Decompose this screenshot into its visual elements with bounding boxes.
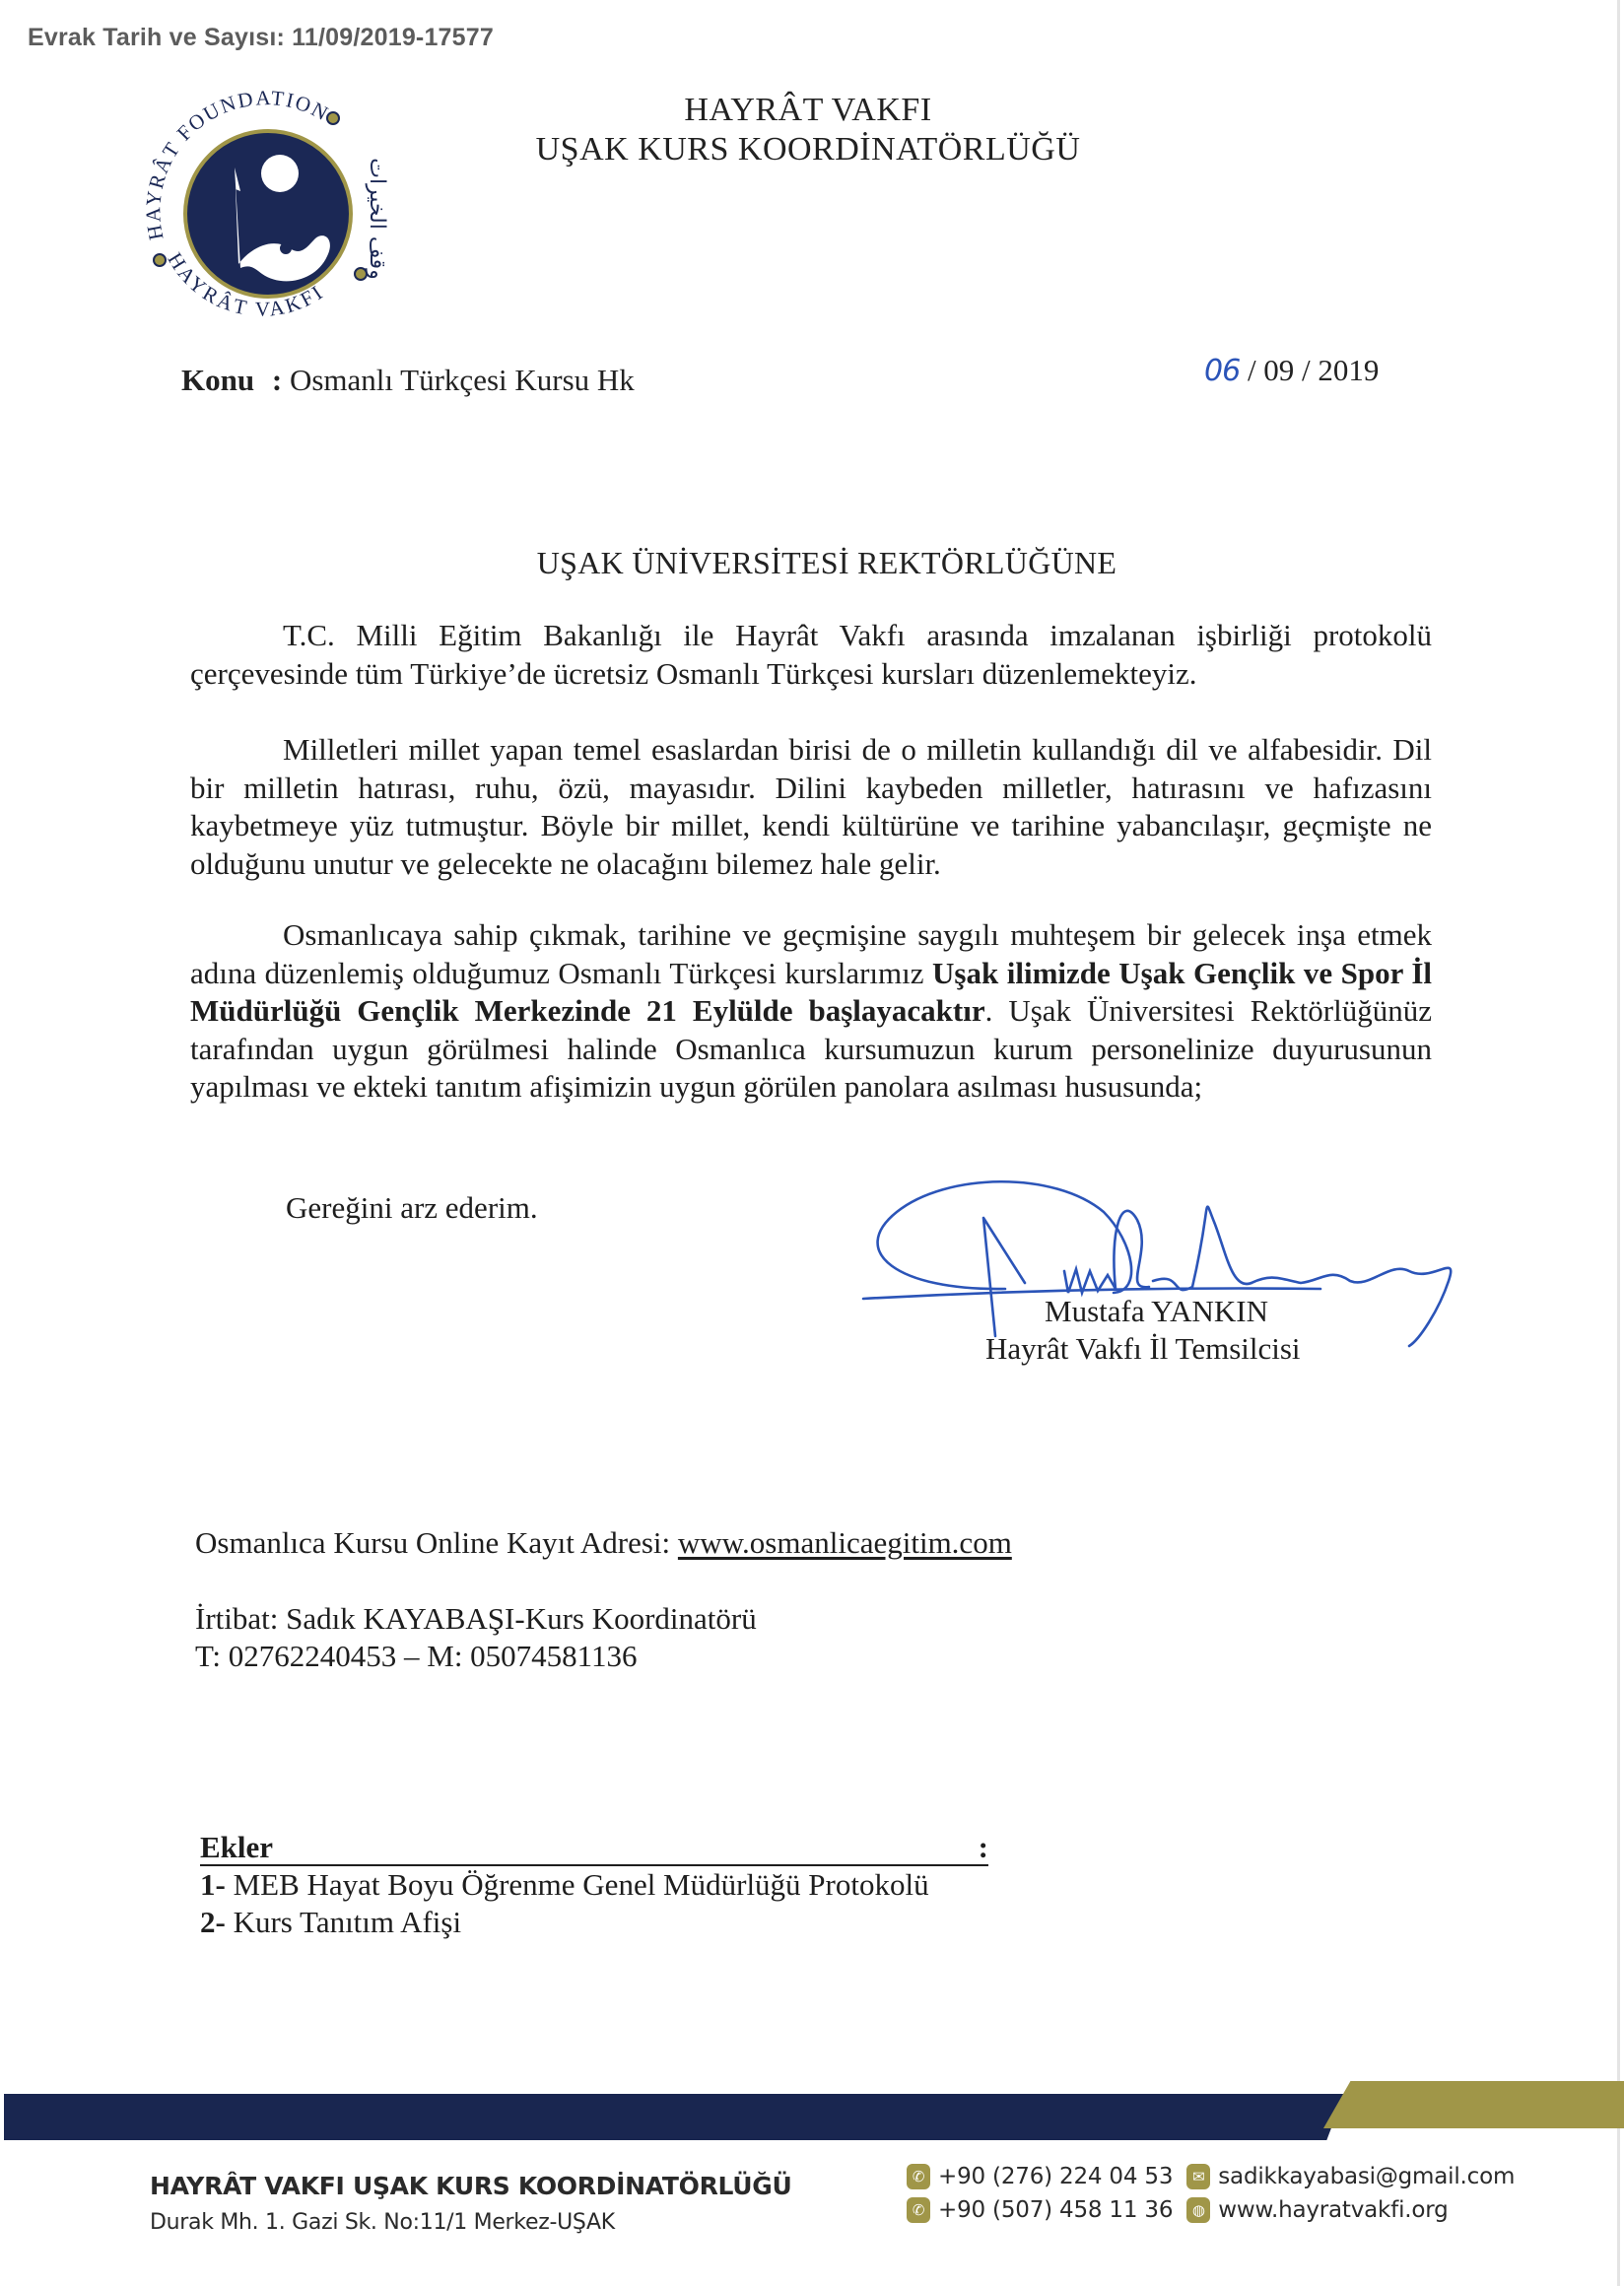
footer-band-gold (1323, 2081, 1624, 2128)
attachment-item: 2- Kurs Tanıtım Afişi (200, 1904, 988, 1941)
footer-address: Durak Mh. 1. Gazi Sk. No:11/1 Merkez-UŞA… (150, 2210, 791, 2235)
footer-band-navy (4, 2094, 1344, 2140)
body-paragraph-2: Milletleri millet yapan temel esaslardan… (190, 731, 1432, 883)
phone-icon: ✆ (907, 2197, 930, 2223)
document-date: 06 / 09 / 2019 (1204, 353, 1379, 388)
subject-label: Konu (181, 363, 254, 397)
org-line-1: HAYRÂT VAKFI (532, 91, 1084, 130)
organization-title: HAYRÂT VAKFI UŞAK KURS KOORDİNATÖRLÜĞÜ (532, 91, 1084, 169)
attachments-heading: Ekler : (200, 1831, 988, 1866)
footer-contacts: ✆ +90 (276) 224 04 53 ✉ sadikkayabasi@gm… (907, 2164, 1515, 2223)
footer-org-name: HAYRÂT VAKFI UŞAK KURS KOORDİNATÖRLÜĞÜ (150, 2172, 791, 2200)
online-registration-label: Osmanlıca Kursu Online Kayıt Adresi: (195, 1525, 670, 1560)
subject-line: Konu : Osmanlı Türkçesi Kursu Hk (181, 363, 635, 398)
scan-edge (1617, 0, 1620, 2286)
footer-organization: HAYRÂT VAKFI UŞAK KURS KOORDİNATÖRLÜĞÜ D… (150, 2172, 791, 2235)
registration-link[interactable]: www.osmanlicaegitim.com (678, 1525, 1012, 1560)
body-paragraph-1: T.C. Milli Eğitim Bakanlığı ile Hayrât V… (190, 617, 1432, 693)
hayrat-foundation-logo: HAYRÂT FOUNDATION HAYRÂT VAKFI وقف الخير… (124, 81, 404, 339)
subject-text: Osmanlı Türkçesi Kursu Hk (290, 363, 635, 397)
org-line-2: UŞAK KURS KOORDİNATÖRLÜĞÜ (532, 130, 1084, 169)
date-day-handwritten: 06 (1204, 354, 1240, 388)
contact-phones: T: 02762240453 – M: 05074581136 (195, 1638, 757, 1675)
attachment-item: 1- MEB Hayat Boyu Öğrenme Genel Müdürlüğ… (200, 1866, 988, 1904)
footer-phone-2: ✆ +90 (507) 458 11 36 (907, 2197, 1173, 2223)
svg-text:وقف الخيرات: وقف الخيرات (365, 158, 389, 280)
date-rest: / 09 / 2019 (1248, 353, 1379, 387)
globe-icon: ◍ (1186, 2197, 1210, 2223)
document-stamp: Evrak Tarih ve Sayısı: 11/09/2019-17577 (28, 24, 494, 52)
signer-block: Mustafa YANKIN Hayrât Vakfı İl Temsilcis… (985, 1293, 1380, 1368)
footer-website: ◍ www.hayratvakfi.org (1186, 2197, 1515, 2223)
envelope-icon: ✉ (1186, 2164, 1210, 2189)
signer-title: Hayrât Vakfı İl Temsilcisi (985, 1330, 1380, 1368)
attachments-section: Ekler : 1- MEB Hayat Boyu Öğrenme Genel … (200, 1831, 988, 1941)
body-paragraph-3: Osmanlıcaya sahip çıkmak, tarihine ve ge… (190, 916, 1432, 1107)
online-registration: Osmanlıca Kursu Online Kayıt Adresi: www… (195, 1525, 1012, 1561)
footer-email: ✉ sadikkayabasi@gmail.com (1186, 2164, 1515, 2189)
footer-phone-1: ✆ +90 (276) 224 04 53 (907, 2164, 1173, 2189)
closing-line: Gereğini arz ederim. (286, 1190, 538, 1226)
phone-icon: ✆ (907, 2164, 930, 2189)
subject-separator: : (272, 363, 282, 397)
contact-person: İrtibat: Sadık KAYABAŞI-Kurs Koordinatör… (195, 1600, 757, 1638)
recipient-heading: UŞAK ÜNİVERSİTESİ REKTÖRLÜĞÜNE (0, 545, 1624, 581)
signer-name: Mustafa YANKIN (985, 1293, 1380, 1330)
contact-info: İrtibat: Sadık KAYABAŞI-Kurs Koordinatör… (195, 1600, 757, 1675)
